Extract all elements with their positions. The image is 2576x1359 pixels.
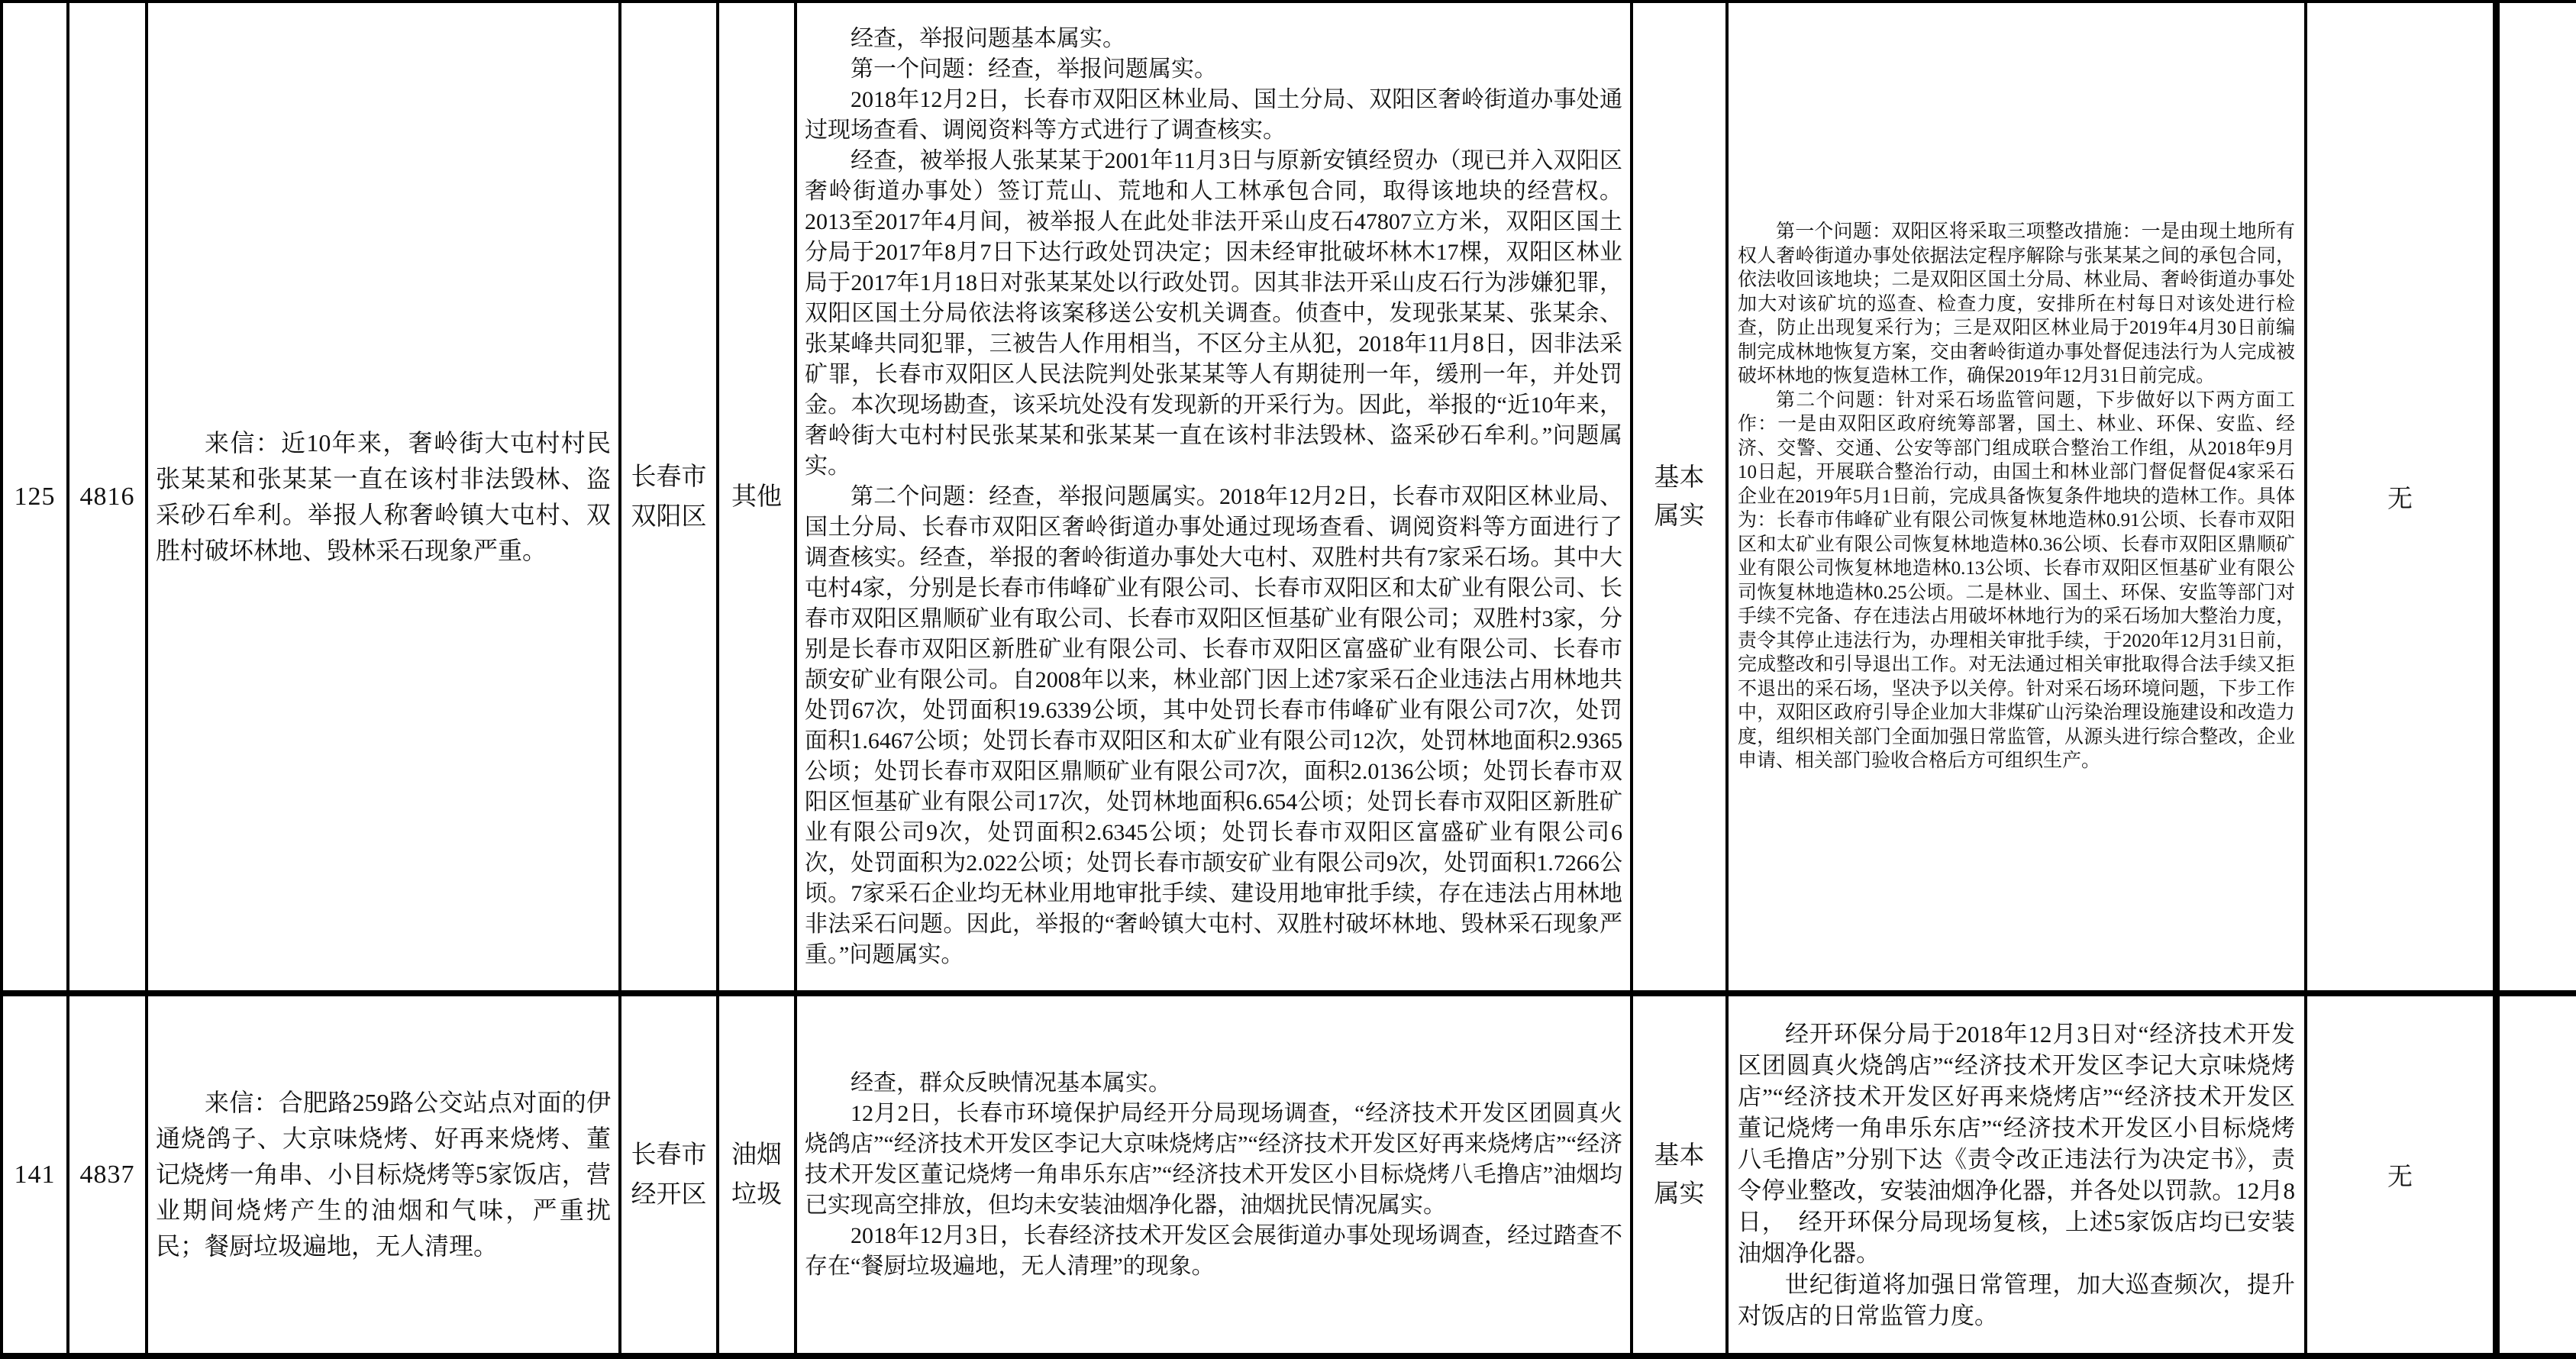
remark-cell xyxy=(2500,996,2576,1359)
remark-cell xyxy=(2500,3,2576,996)
accountability-cell: 无 xyxy=(2307,3,2500,996)
paragraph: 2018年12月3日，长春经济技术开发区会展街道办事处现场调查，经过踏查不存在“… xyxy=(805,1221,1622,1282)
region-text: 长春市双阳区 xyxy=(631,457,707,537)
paragraph: 经查，被举报人张某某于2001年11月3日与原新安镇经贸办（现已并入双阳区奢岭街… xyxy=(805,146,1622,482)
region-text: 长春市经开区 xyxy=(631,1135,707,1215)
category-text: 其他 xyxy=(731,477,782,517)
paragraph: 世纪街道将加强日常管理，加大巡查频次，提升对饭店的日常监管力度。 xyxy=(1738,1269,2295,1332)
verdict-text: 基本属实 xyxy=(1654,1137,1705,1213)
paragraph: 第二个问题：经查，举报问题属实。2018年12月2日，长春市双阳区林业局、国土分… xyxy=(805,482,1622,970)
case-id-cell: 4816 xyxy=(69,3,148,996)
serial-number-cell: 141 xyxy=(3,996,69,1359)
category-text: 油烟垃圾 xyxy=(731,1135,782,1215)
complaint-table: 125 4816 来信：近10年来，奢岭街大屯村村民张某某和张某某一直在该村非法… xyxy=(0,0,2576,1359)
case-id: 4816 xyxy=(80,483,135,512)
verdict-text: 基本属实 xyxy=(1654,459,1705,535)
paragraph: 12月2日，长春市环境保护局经开分局现场调查，“经济技术开发区团圆真火烧鸽店”“… xyxy=(805,1099,1622,1221)
serial-number-cell: 125 xyxy=(3,3,69,996)
category-cell: 其他 xyxy=(719,3,797,996)
accountability-cell: 无 xyxy=(2307,996,2500,1359)
measures-cell: 第一个问题：双阳区将采取三项整改措施：一是由现土地所有权人奢岭街道办事处依据法定… xyxy=(1729,3,2307,996)
serial-number: 125 xyxy=(15,483,56,512)
paragraph: 第一个问题：双阳区将采取三项整改措施：一是由现土地所有权人奢岭街道办事处依据法定… xyxy=(1738,220,2295,389)
report-page: 125 4816 来信：近10年来，奢岭街大屯村村民张某某和张某某一直在该村非法… xyxy=(0,0,2576,1359)
accountability-text: 无 xyxy=(2387,479,2413,515)
region-cell: 长春市双阳区 xyxy=(621,3,719,996)
serial-number: 141 xyxy=(15,1160,56,1190)
complaint-cell: 来信：近10年来，奢岭街大屯村村民张某某和张某某一直在该村非法毁林、盗采砂石牟利… xyxy=(148,3,621,996)
case-id-cell: 4837 xyxy=(69,996,148,1359)
paragraph: 第一个问题：经查，举报问题属实。 xyxy=(805,54,1622,85)
investigation-cell: 经查，群众反映情况基本属实。12月2日，长春市环境保护局经开分局现场调查，“经济… xyxy=(797,996,1633,1359)
category-cell: 油烟垃圾 xyxy=(719,996,797,1359)
verdict-cell: 基本属实 xyxy=(1633,3,1729,996)
investigation-cell: 经查，举报问题基本属实。第一个问题：经查，举报问题属实。2018年12月2日，长… xyxy=(797,3,1633,996)
complaint-text: 来信：合肥路259路公交站点对面的伊通烧鸽子、大京味烧烤、好再来烧烤、董记烧烤一… xyxy=(156,1085,611,1264)
complaint-cell: 来信：合肥路259路公交站点对面的伊通烧鸽子、大京味烧烤、好再来烧烤、董记烧烤一… xyxy=(148,996,621,1359)
paragraph: 经查，举报问题基本属实。 xyxy=(805,24,1622,54)
verdict-cell: 基本属实 xyxy=(1633,996,1729,1359)
paragraph: 第二个问题：针对采石场监管问题，下步做好以下两方面工作：一是由双阳区政府统筹部署… xyxy=(1738,389,2295,773)
paragraph: 经开环保分局于2018年12月3日对“经济技术开发区团圆真火烧鸽店”“经济技术开… xyxy=(1738,1018,2295,1269)
paragraph: 经查，群众反映情况基本属实。 xyxy=(805,1068,1622,1099)
accountability-text: 无 xyxy=(2387,1157,2413,1193)
complaint-text: 来信：近10年来，奢岭街大屯村村民张某某和张某某一直在该村非法毁林、盗采砂石牟利… xyxy=(156,425,611,569)
paragraph: 2018年12月2日，长春市双阳区林业局、国土分局、双阳区奢岭街道办事处通过现场… xyxy=(805,85,1622,146)
case-id: 4837 xyxy=(80,1160,135,1190)
measures-cell: 经开环保分局于2018年12月3日对“经济技术开发区团圆真火烧鸽店”“经济技术开… xyxy=(1729,996,2307,1359)
region-cell: 长春市经开区 xyxy=(621,996,719,1359)
